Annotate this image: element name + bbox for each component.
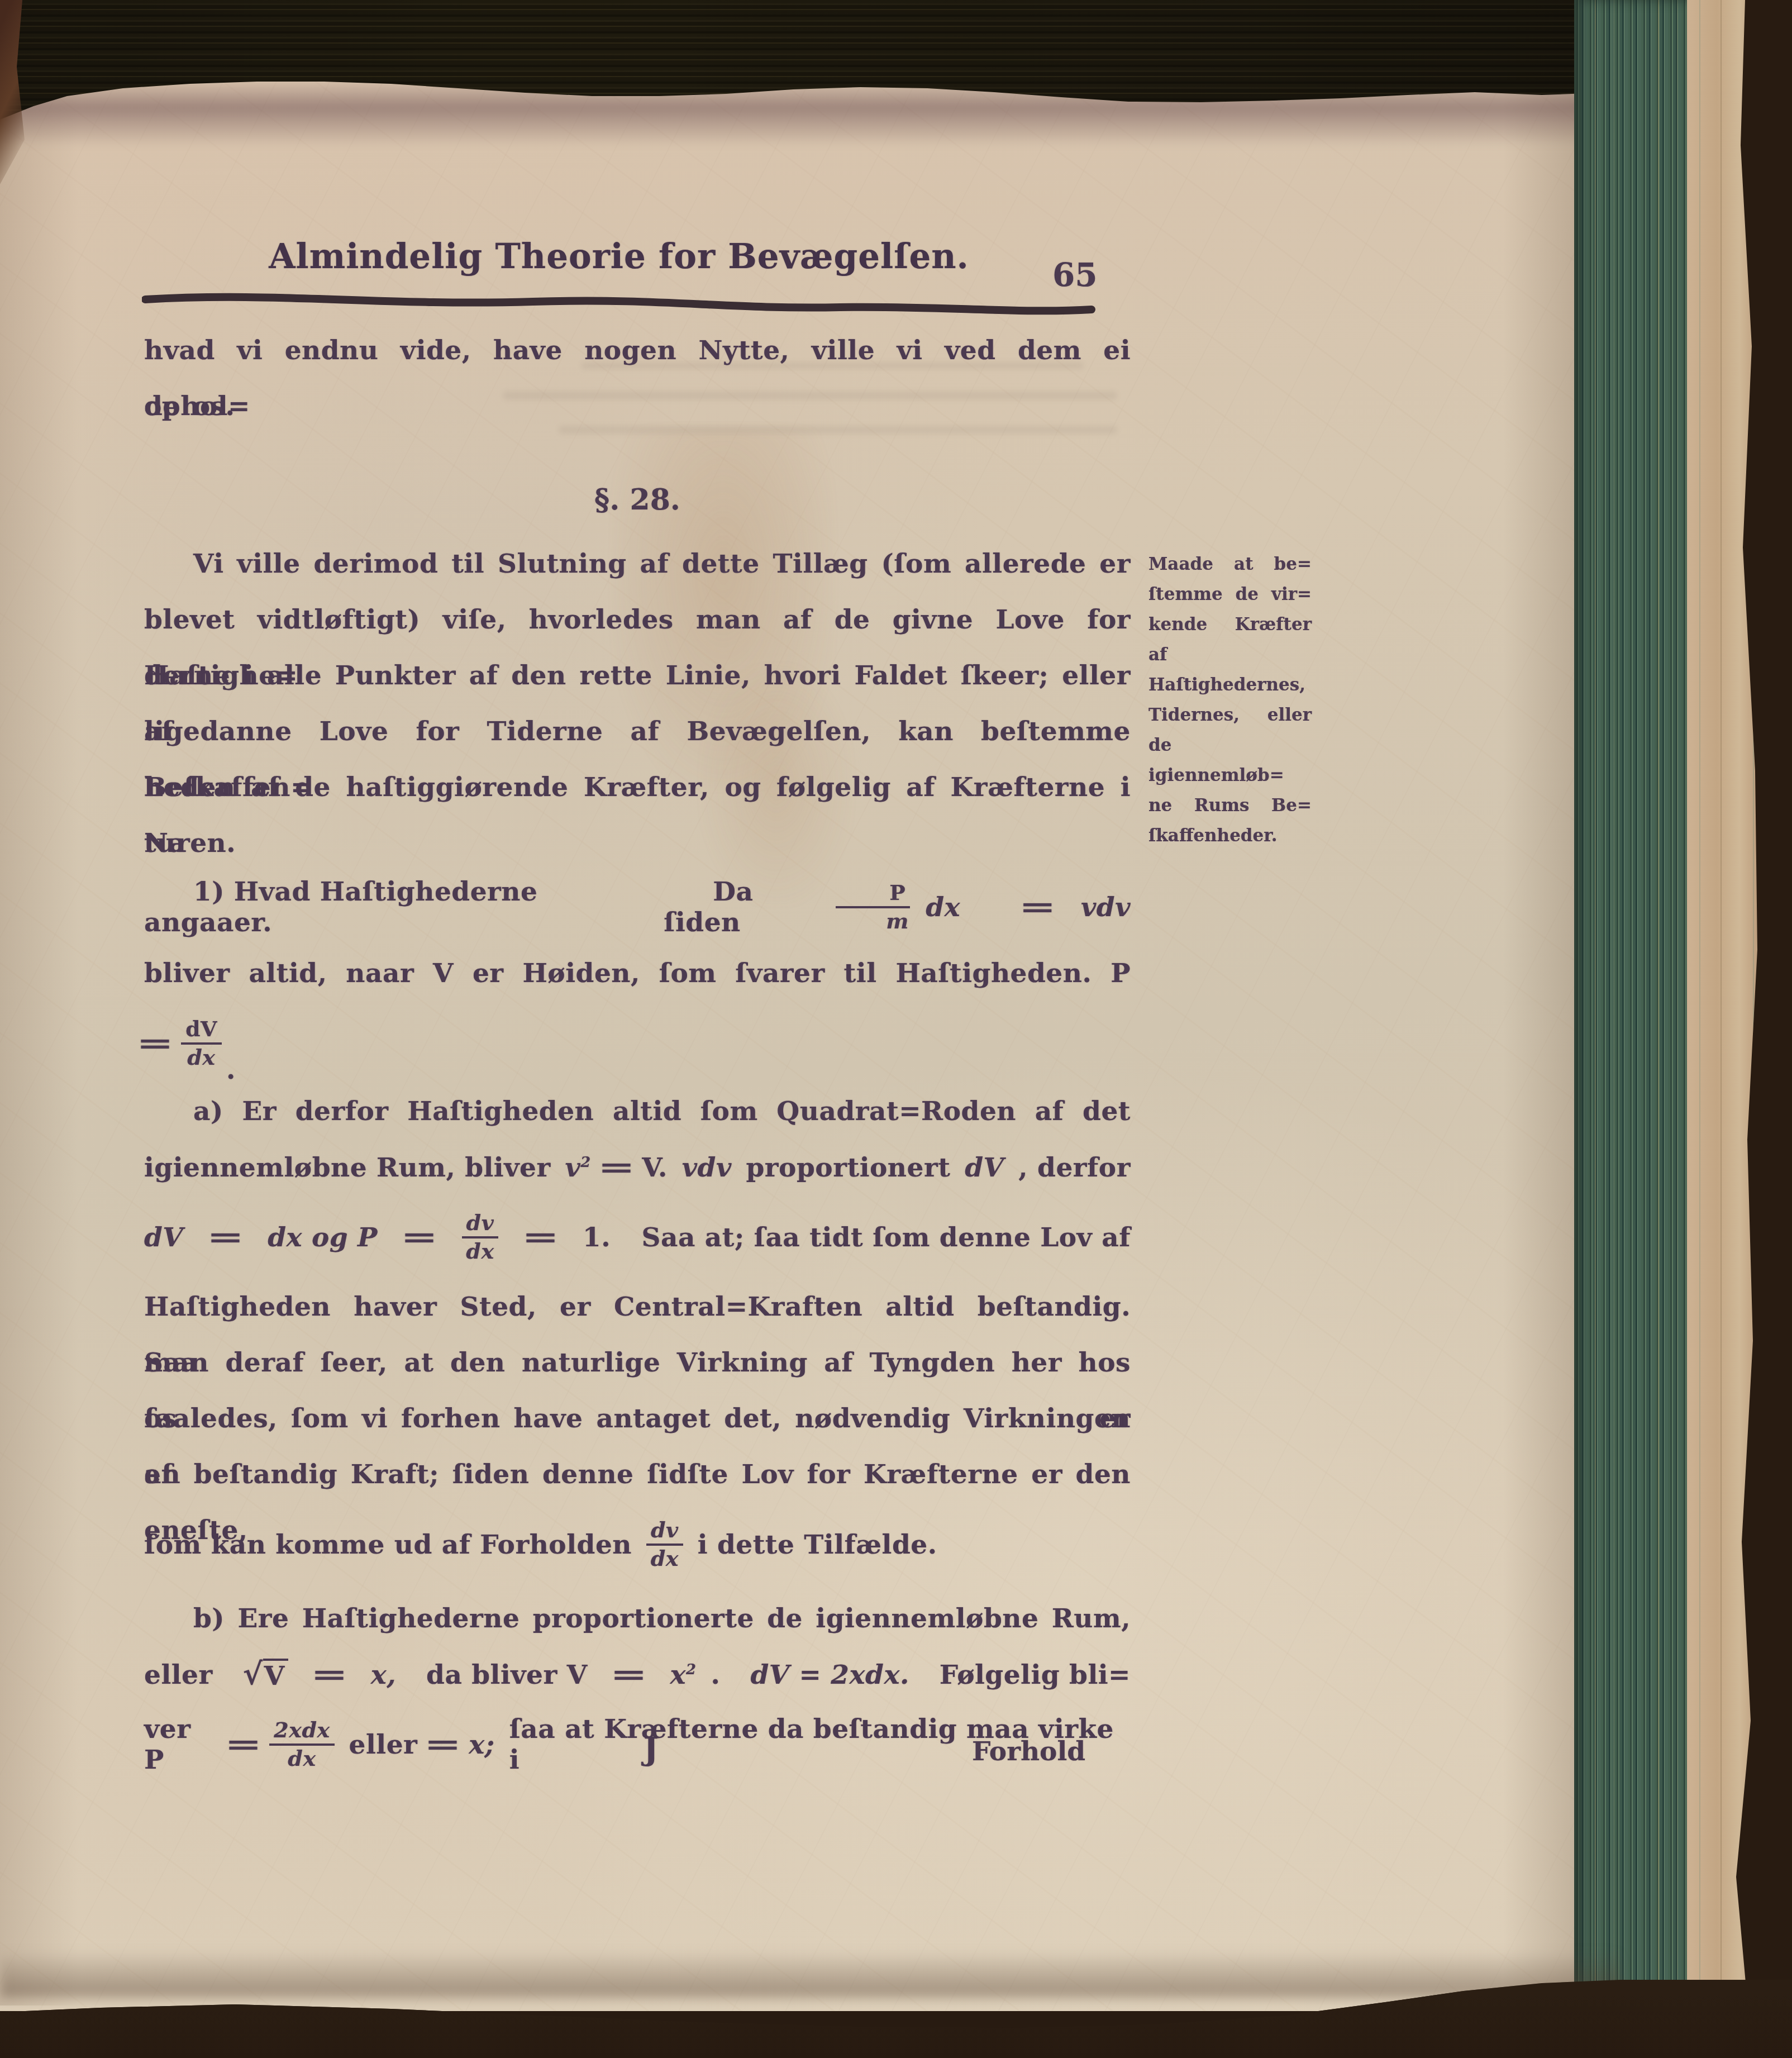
margin-note-line: ne Rums Be= [1148, 790, 1312, 821]
text-span: Da ſiden [664, 876, 836, 938]
text-span: ſom kan komme ud af Forholden [144, 1530, 632, 1560]
formula-line: ſom kan komme ud af Forholden dvdx i det… [144, 1503, 1131, 1587]
margin-note-line: ſkaffenheder. [1148, 821, 1312, 851]
equals-sign: = [207, 1222, 245, 1253]
equals-sign: = [424, 1730, 462, 1760]
text-line: heden af de haſtiggiørende Kræfter, og f… [144, 760, 1131, 816]
fraction-dV-over-dx: dVdx [181, 1017, 222, 1069]
text-span: V. [642, 1152, 668, 1183]
math-dV-2xdx: dV = 2xdx. [750, 1660, 909, 1690]
text-line: en beſtandig Kraft; ſiden denne ſidſte L… [144, 1447, 1131, 1503]
text-span: proportionert [746, 1152, 950, 1183]
formula-line: igiennemløbne Rum, bliver v2 = V. vdv pr… [144, 1140, 1131, 1195]
text-line: ligedanne Love for Tiderne af Bevægelſen… [144, 704, 1131, 760]
margin-note-line: Tidernes, eller [1148, 700, 1312, 730]
math-v-squared: v2 [565, 1152, 591, 1183]
item-a: a) Er derfor Haſtigheden altid ſom Quadr… [144, 1084, 1131, 1587]
text-span: ver P [144, 1714, 218, 1775]
text-span: 1) Hvad Haſtighederne angaaer. [144, 876, 664, 938]
text-line: Vi ville derimod til Slutning af dette T… [144, 536, 1131, 592]
equals-sign: = [311, 1660, 349, 1690]
math-vdv: vdv [682, 1152, 732, 1183]
margin-note-line: Maade at be= [1148, 549, 1312, 579]
text-line: blevet vidtløftigt) viſe, hvorledes man … [144, 592, 1131, 648]
text-span: . [711, 1660, 721, 1690]
catchword: Forhold [972, 1736, 1085, 1767]
equals-sign: = [401, 1222, 439, 1253]
bottom-edge-shadow [0, 1951, 1620, 1998]
math-x: x, [371, 1660, 396, 1690]
sqrt-V-expression: √V [243, 1659, 288, 1692]
book-page-scan: Almindelig Theorie for Bevægelſen. 65 hv… [0, 0, 1792, 2058]
fraction-2xdx-over-dx: 2xdxdx [269, 1718, 334, 1770]
margin-note-line: de igiennemløb= [1148, 730, 1312, 790]
page-right-shading [1503, 50, 1578, 1989]
equals-sign: = [598, 1152, 636, 1183]
math-dx-og-P: dx og P [268, 1222, 378, 1253]
fraction-dv-over-dx: dvdx [646, 1518, 683, 1570]
paragraph-1: Vi ville derimod til Slutning af dette T… [144, 536, 1131, 871]
equals-sign: = [522, 1222, 560, 1253]
equals-sign: = [225, 1730, 263, 1760]
text-line: a) Er derfor Haſtigheden altid ſom Quadr… [144, 1084, 1131, 1140]
equals-sign: = [935, 892, 1056, 923]
text-span: igiennemløbne Rum, bliver [144, 1152, 551, 1183]
text-line: hvad vi endnu vide, have nogen Nytte, vi… [144, 323, 1131, 379]
text-span: 1. [583, 1222, 611, 1253]
intro-paragraph: hvad vi endnu vide, have nogen Nytte, vi… [144, 323, 1131, 435]
text-span: , derfor [1018, 1152, 1131, 1183]
equals-sign: = [610, 1660, 648, 1690]
text-span: eller [349, 1730, 418, 1760]
formula-line: eller √V = x, da bliver V = x2 . dV = 2x… [144, 1647, 1131, 1703]
text-span: Følgelig bli= [940, 1660, 1131, 1690]
margin-note-line: ſtemme de vir= [1148, 579, 1312, 609]
text-line: derne i alle Punkter af den rette Linie,… [144, 648, 1131, 704]
text-line: b) Ere Haſtighederne proportionerte de i… [144, 1591, 1131, 1647]
text-span: . [226, 1055, 236, 1085]
margin-note-line: kende Kræfter af [1148, 609, 1312, 670]
text-line: de os. [144, 379, 1131, 435]
running-head-title: Almindelig Theorie for Bevægelſen. [144, 237, 1094, 277]
page-left-shading [0, 50, 78, 2005]
gathering-signature: J [644, 1731, 659, 1768]
text-span: Saa at; ſaa tidt ſom denne Lov af [642, 1222, 1131, 1253]
section-heading-block: §. 28. [144, 469, 1131, 531]
text-line: turen. [144, 816, 1131, 871]
math-x: x; [469, 1730, 494, 1760]
math-x-squared: x2 [670, 1660, 697, 1690]
text-span: i dette Tilfælde. [698, 1530, 937, 1560]
text-line: Haſtigheden haver Sted, er Central=Kraft… [144, 1279, 1131, 1335]
math-dV: dV [144, 1222, 183, 1253]
text-line: man deraf ſeer, at den naturlige Virknin… [144, 1335, 1131, 1391]
formula-line: = dVdx . [144, 1002, 1131, 1085]
fraction-dv-over-dx: dvdx [462, 1211, 499, 1263]
section-heading: §. 28. [144, 469, 1131, 531]
text-line: ſaaledes, ſom vi forhen have antaget det… [144, 1391, 1131, 1447]
item-1: 1) Hvad Haſtighederne angaaer. Da ſiden … [144, 869, 1131, 1085]
margin-note-line: Haſtighedernes, [1148, 670, 1312, 700]
torn-endpaper-strip [1687, 0, 1762, 2058]
equals-sign: = [136, 1028, 174, 1059]
margin-note: Maade at be= ſtemme de vir= kende Kræfte… [1148, 549, 1312, 851]
formula-line: 1) Hvad Haſtighederne angaaer. Da ſiden … [144, 869, 1131, 946]
math-dV: dV [965, 1152, 1004, 1183]
formula-line: dV = dx og P = dvdx = 1. Saa at; ſaa tid… [144, 1195, 1131, 1279]
header-rule [142, 287, 1097, 326]
text-span: da bliver V [426, 1660, 588, 1690]
text-line: bliver altid, naar V er Høiden, ſom ſvar… [144, 946, 1131, 1002]
text-span: eller [144, 1660, 213, 1690]
book-fore-edge [1574, 0, 1690, 2026]
